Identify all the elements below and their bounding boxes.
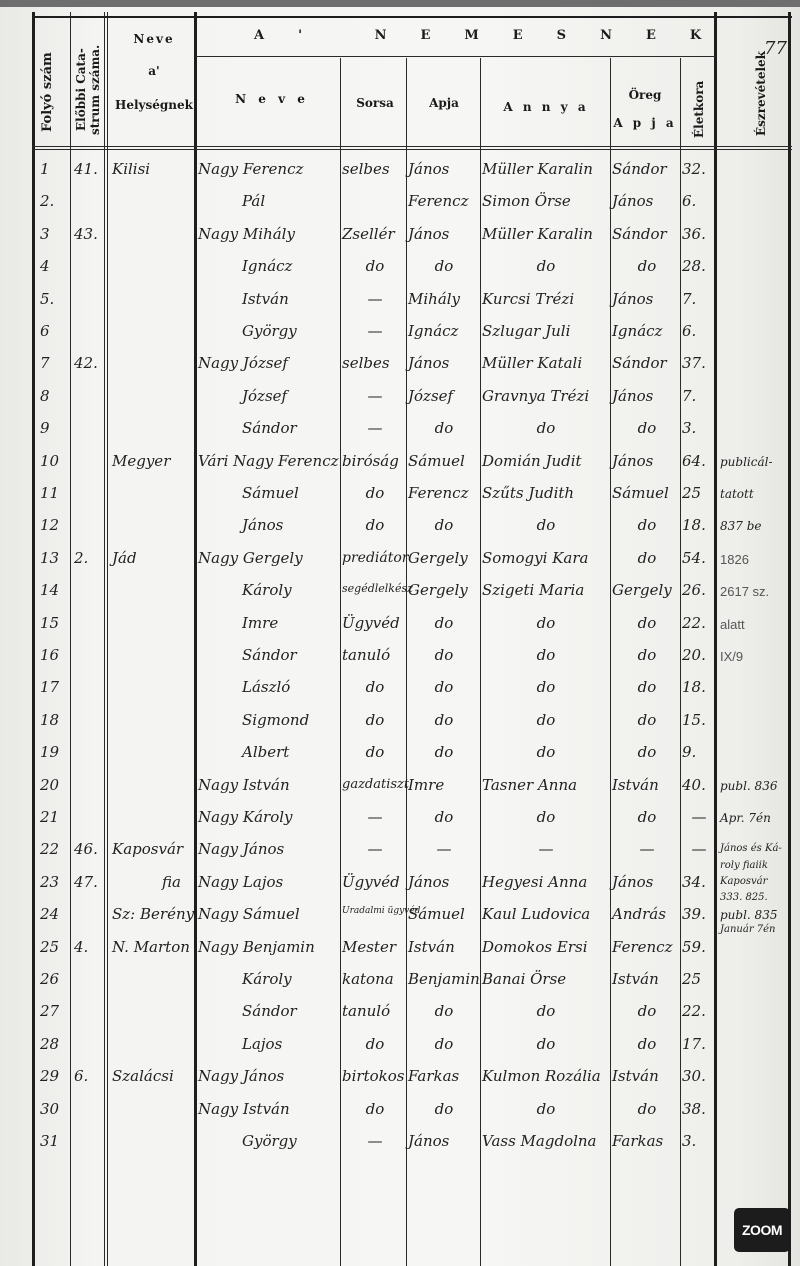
cell-kor: 18. [682,518,706,533]
cell-apja: do [408,1004,480,1019]
cell-sorsa: do [342,518,408,533]
cell-kor: 7. [682,389,696,404]
cell-annya: Vass Magdolna [482,1134,597,1149]
zoom-watermark: ZOOM [734,1208,790,1252]
header-neve: N e v e [202,92,342,106]
cell-kor: — [682,810,716,825]
header-elobbi-catastrum: Előbbi Cata- strum száma. [74,30,104,150]
cell-oreg: Sándor [612,162,667,177]
cell-kor: 9. [682,745,696,760]
column-rule [194,12,197,1266]
cell-oreg: János [612,454,653,469]
cell-name: Nagy József [198,356,288,371]
column-rule [714,12,717,1266]
column-rule [104,12,105,1266]
remark-note: János és Ká- [720,844,782,854]
cell-place: N. Marton [112,940,190,955]
cell-sorsa: Mester [342,940,396,955]
cell-oreg: do [612,518,682,533]
cell-oreg: István [612,778,659,793]
cell-sorsa: do [342,745,408,760]
cell-name: Ignácz [242,259,292,274]
cell-sorsa: do [342,680,408,695]
cell-no: 6 [40,324,50,339]
cell-oreg: István [612,1069,659,1084]
register-table: Folyó szám Előbbi Cata- strum száma. Nev… [32,12,792,1266]
cell-oreg: Sándor [612,356,667,371]
cell-sorsa: — [342,389,408,404]
cell-oreg: János [612,194,653,209]
cell-name: Nagy István [198,1102,290,1117]
cell-sorsa: prediátor [342,551,408,565]
cell-name: István [242,292,289,307]
remark-note: 1826 [720,553,749,566]
cell-cat: 46. [74,842,98,857]
cell-oreg: — [612,842,682,857]
remark-note: 837 be [720,520,762,532]
cell-apja: do [408,1037,480,1052]
remark-note: publ. 836 [720,780,777,792]
remark-note: 2617 sz. [720,585,769,598]
header-nemesnek-group: A' NEMESNEK [254,28,735,43]
cell-apja: Gergely [408,583,468,598]
cell-oreg: do [612,551,682,566]
cell-sorsa: do [342,486,408,501]
cell-cat: 43. [74,227,98,242]
cell-name: Károly [242,972,292,987]
cell-sorsa: selbes [342,356,390,371]
cell-annya: do [482,1037,610,1052]
cell-apja: do [408,745,480,760]
group-divider-rule [196,56,716,57]
cell-annya: Szűts Judith [482,486,574,501]
cell-oreg: János [612,292,653,307]
cell-no: 17 [40,680,59,695]
cell-sorsa: do [342,259,408,274]
cell-name: Nagy István [198,778,290,793]
cell-annya: do [482,616,610,631]
cell-sorsa: Zsellér [342,227,395,242]
cell-kor: 32. [682,162,706,177]
cell-no: 29 [40,1069,59,1084]
cell-kor: 37. [682,356,706,371]
cell-sorsa: tanuló [342,648,390,663]
remark-note: alatt [720,618,745,631]
cell-kor: 25 [682,972,701,987]
zoom-watermark-label: ZOOM [742,1222,782,1238]
cell-no: 19 [40,745,59,760]
header-bottom-rule [32,146,792,147]
cell-name: Albert [242,745,289,760]
cell-kor: 25 [682,486,701,501]
cell-annya: Banai Örse [482,972,566,987]
cell-place: Kilisi [112,162,150,177]
column-rule [610,58,611,1266]
cell-name: László [242,680,290,695]
cell-oreg: do [612,616,682,631]
cell-annya: do [482,1004,610,1019]
cell-annya: — [482,842,610,857]
cell-annya: Tasner Anna [482,778,577,793]
cell-name: Sigmond [242,713,309,728]
cell-annya: do [482,810,610,825]
cell-apja: do [408,713,480,728]
cell-kor: 36. [682,227,706,242]
cell-name: János [242,518,283,533]
cell-sorsa: — [342,842,408,857]
cell-no: 23 [40,875,59,890]
cell-sorsa: katona [342,972,394,987]
cell-cat: 6. [74,1069,88,1084]
cell-sorsa: do [342,713,408,728]
cell-no: 18 [40,713,59,728]
remark-note: IX/9 [720,650,743,663]
cell-apja: Sámuel [408,907,465,922]
remark-note: Apr. 7én [720,812,771,824]
cell-kor: 22. [682,616,706,631]
cell-no: 15 [40,616,59,631]
cell-place: Sz: Berény [112,907,194,922]
cell-oreg: János [612,389,653,404]
cell-apja: István [408,940,455,955]
cell-kor: 64. [682,454,706,469]
cell-annya: do [482,421,610,436]
cell-sorsa: do [342,1102,408,1117]
cell-apja: Ignácz [408,324,458,339]
cell-oreg: do [612,810,682,825]
remark-note: Január 7én [720,925,776,935]
cell-apja: do [408,518,480,533]
cell-annya: do [482,1102,610,1117]
cell-apja: János [408,227,449,242]
cell-kor: 28. [682,259,706,274]
cell-kor: 15. [682,713,706,728]
cell-kor: 3. [682,1134,696,1149]
cell-name: Lajos [242,1037,282,1052]
remark-note: 333. 825. [720,893,768,903]
cell-annya: do [482,713,610,728]
cell-apja: Mihály [408,292,460,307]
cell-annya: Somogyi Kara [482,551,588,566]
cell-no: 8 [40,389,50,404]
cell-annya: Gravnya Trézi [482,389,589,404]
cell-kor: — [682,842,716,857]
cell-kor: 6. [682,324,696,339]
cell-oreg: Farkas [612,1134,663,1149]
cell-kor: 30. [682,1069,706,1084]
header-folyo-szam: Folyó szám [40,42,55,142]
remark-note: publicál- [720,456,773,468]
cell-kor: 39. [682,907,706,922]
cell-place: Kaposvár [112,842,183,857]
cell-sorsa: biróság [342,454,399,469]
cell-kor: 22. [682,1004,706,1019]
cell-oreg: Ignácz [612,324,662,339]
cell-annya: Domián Judit [482,454,582,469]
cell-oreg: Sándor [612,227,667,242]
cell-oreg: János [612,875,653,890]
cell-apja: do [408,616,480,631]
cell-cat: 2. [74,551,88,566]
header-oreg-line1: Öreg [610,88,680,102]
cell-kor: 7. [682,292,696,307]
cell-apja: do [408,421,480,436]
cell-oreg: István [612,972,659,987]
cell-annya: Szlugar Juli [482,324,570,339]
cell-annya: Hegyesi Anna [482,875,587,890]
cell-apja: Ferencz [408,486,468,501]
cell-sorsa: selbes [342,162,390,177]
cell-cat: 4. [74,940,88,955]
cell-oreg: do [612,648,682,663]
cell-sorsa: tanuló [342,1004,390,1019]
cell-apja: József [408,389,453,404]
cell-cat: 42. [74,356,98,371]
cell-cat: 41. [74,162,98,177]
cell-annya: do [482,259,610,274]
cell-kor: 17. [682,1037,706,1052]
cell-oreg: do [612,713,682,728]
cell-name: Nagy Gergely [198,551,303,566]
cell-no: 27 [40,1004,59,1019]
header-eletkora: Életkora [692,74,706,144]
cell-annya: Kaul Ludovica [482,907,590,922]
cell-apja: Sámuel [408,454,465,469]
column-rule [480,58,481,1266]
cell-annya: do [482,745,610,760]
header-annya: A n n y a [482,100,610,114]
cell-place: Jád [112,551,137,566]
cell-kor: 26. [682,583,706,598]
cell-name: Sámuel [242,486,299,501]
cell-sorsa: — [342,324,408,339]
cell-name: Nagy Mihály [198,227,295,242]
column-rule [32,12,35,1266]
cell-kor: 38. [682,1102,706,1117]
remark-note: Kaposvár [720,877,767,887]
cell-oreg: do [612,1004,682,1019]
cell-no: 14 [40,583,59,598]
cell-apja: Benjamin [408,972,480,987]
page-top-edge [0,0,800,7]
cell-oreg: do [612,1102,682,1117]
cell-apja: János [408,1134,449,1149]
cell-no: 22 [40,842,59,857]
scanned-register-page: Folyó szám Előbbi Cata- strum száma. Nev… [0,0,800,1266]
cell-no: 4 [40,259,50,274]
header-helyseg-line3: Helységnek [110,98,198,112]
page-number-mark: 77 [764,40,787,58]
cell-sorsa: Ügyvéd [342,875,400,890]
cell-sorsa: Ügyvéd [342,616,400,631]
header-top-rule [32,16,792,18]
cell-kor: 40. [682,778,706,793]
cell-oreg: András [612,907,666,922]
cell-no: 13 [40,551,59,566]
cell-sorsa: birtokos [342,1069,404,1084]
cell-apja: do [408,648,480,663]
header-helyseg-line2: a' [112,64,196,78]
remark-note: publ. 835 [720,909,777,921]
cell-oreg: do [612,421,682,436]
cell-apja: Ferencz [408,194,468,209]
cell-kor: 59. [682,940,706,955]
cell-name: Sándor [242,1004,297,1019]
cell-name: József [242,389,287,404]
column-rule [340,58,341,1266]
cell-no: 2. [40,194,54,209]
cell-no: 28 [40,1037,59,1052]
cell-annya: Domokos Ersi [482,940,588,955]
cell-oreg: do [612,259,682,274]
remark-note: roly fiaiik [720,861,768,871]
cell-place: fia [162,875,181,890]
cell-name: Pál [242,194,265,209]
cell-no: 10 [40,454,59,469]
cell-no: 1 [40,162,50,177]
cell-no: 9 [40,421,50,436]
cell-no: 24 [40,907,59,922]
cell-no: 20 [40,778,59,793]
cell-sorsa: — [342,421,408,436]
cell-kor: 34. [682,875,706,890]
cell-oreg: Ferencz [612,940,672,955]
cell-oreg: Sámuel [612,486,669,501]
cell-annya: Kurcsi Trézi [482,292,574,307]
cell-name: Nagy Sámuel [198,907,300,922]
cell-apja: — [408,842,480,857]
header-sorsa: Sorsa [342,96,408,110]
column-rule [406,58,407,1266]
cell-apja: Imre [408,778,444,793]
cell-oreg: do [612,1037,682,1052]
cell-no: 16 [40,648,59,663]
cell-sorsa: — [342,292,408,307]
cell-apja: do [408,680,480,695]
cell-oreg: Gergely [612,583,672,598]
cell-kor: 54. [682,551,706,566]
header-helyseg-line1: Neve [112,32,196,46]
cell-apja: Farkas [408,1069,459,1084]
column-rule [788,12,791,1266]
cell-oreg: do [612,680,682,695]
cell-apja: János [408,356,449,371]
cell-name: Nagy Ferencz [198,162,303,177]
remark-note: tatott [720,488,754,500]
cell-sorsa: — [342,810,408,825]
cell-annya: do [482,518,610,533]
cell-name: Nagy János [198,1069,284,1084]
cell-annya: Müller Karalin [482,162,593,177]
cell-name: Károly [242,583,292,598]
cell-no: 21 [40,810,59,825]
cell-kor: 20. [682,648,706,663]
cell-apja: do [408,1102,480,1117]
cell-apja: János [408,162,449,177]
cell-name: Sándor [242,648,297,663]
cell-annya: do [482,648,610,663]
column-rule [70,12,71,1266]
cell-sorsa: do [342,1037,408,1052]
cell-no: 7 [40,356,50,371]
cell-name: Nagy Károly [198,810,293,825]
cell-apja: János [408,875,449,890]
cell-name: Nagy János [198,842,284,857]
cell-no: 11 [40,486,59,501]
cell-sorsa: — [342,1134,408,1149]
cell-kor: 18. [682,680,706,695]
cell-annya: Müller Katali [482,356,582,371]
cell-no: 30 [40,1102,59,1117]
cell-no: 31 [40,1134,59,1149]
cell-annya: do [482,680,610,695]
cell-name: Sándor [242,421,297,436]
cell-annya: Müller Karalin [482,227,593,242]
cell-name: Nagy Lajos [198,875,283,890]
cell-no: 3 [40,227,50,242]
cell-no: 12 [40,518,59,533]
cell-name: Nagy Benjamin [198,940,315,955]
cell-annya: Simon Örse [482,194,571,209]
cell-name: György [242,1134,297,1149]
header-apja: Apja [408,96,480,110]
cell-sorsa: segédlelkész [342,583,413,594]
cell-no: 5. [40,292,54,307]
cell-apja: do [408,810,480,825]
cell-kor: 3. [682,421,696,436]
cell-place: Szalácsi [112,1069,174,1084]
cell-name: Imre [242,616,278,631]
cell-no: 25 [40,940,59,955]
cell-annya: Kulmon Rozália [482,1069,601,1084]
header-oreg-line2: A p j a [610,116,680,130]
cell-apja: do [408,259,480,274]
cell-annya: Szigeti Maria [482,583,584,598]
cell-name: György [242,324,297,339]
cell-name: Vári Nagy Ferencz [198,454,339,469]
header-eszrevetelek: Észrevételek [754,44,768,144]
cell-cat: 47. [74,875,98,890]
cell-place: Megyer [112,454,170,469]
cell-no: 26 [40,972,59,987]
cell-sorsa: gazdatiszt [342,778,409,791]
cell-oreg: do [612,745,682,760]
cell-kor: 6. [682,194,696,209]
cell-apja: Gergely [408,551,468,566]
